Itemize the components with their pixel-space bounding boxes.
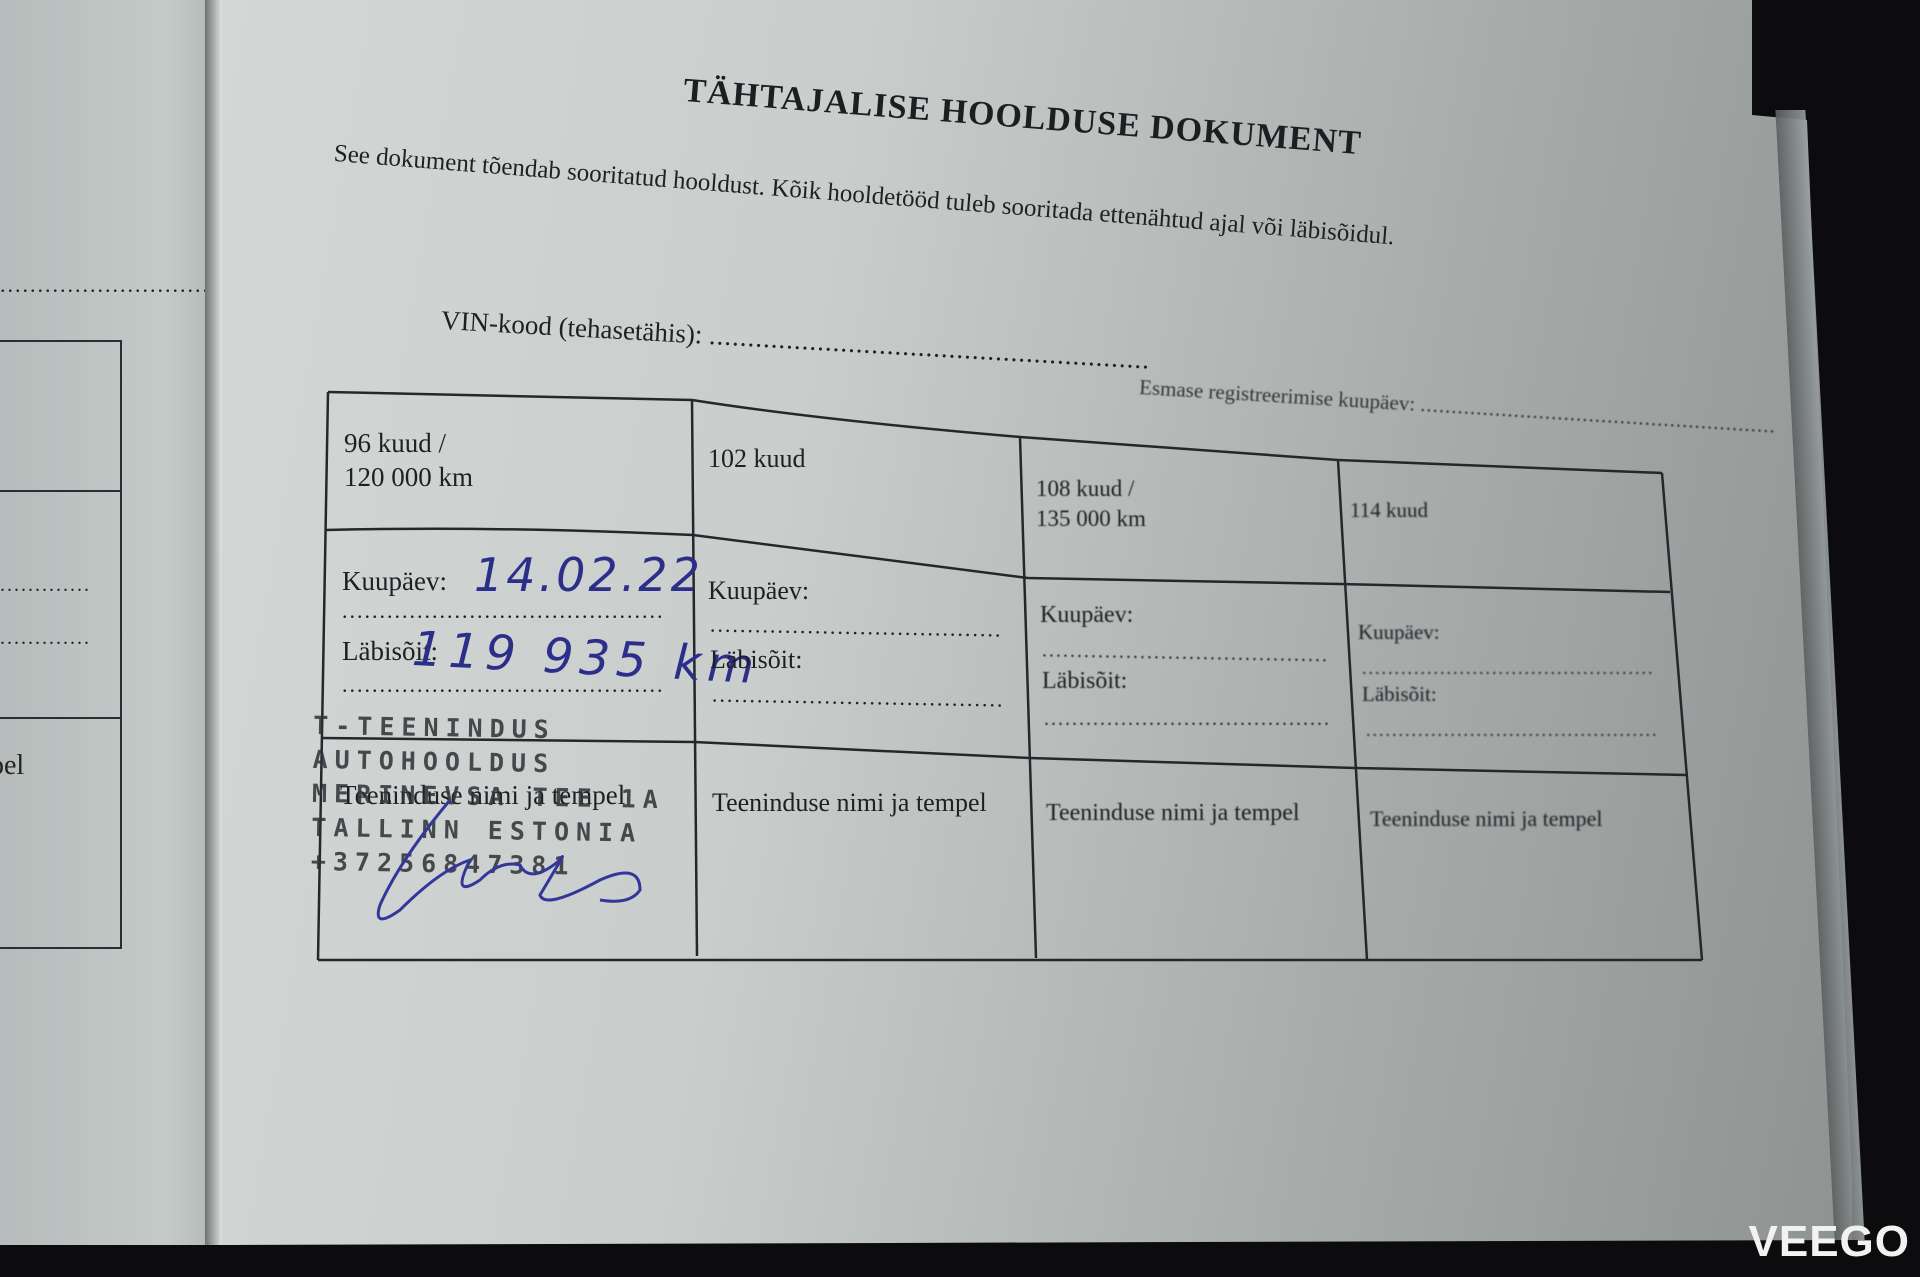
col1-date-handwritten: 14.02.22	[474, 548, 703, 602]
col3-interval: 108 kuud / 135 000 km	[1036, 474, 1146, 534]
col1-mileage-dotted-line: ........................................…	[342, 672, 662, 698]
col2-mileage-dotted-line: ........................................…	[712, 681, 1002, 712]
col2-interval: 102 kuud	[708, 444, 806, 474]
veego-watermark-logo: VEEGO	[1749, 1217, 1911, 1267]
col1-date-dotted-line: ........................................…	[342, 598, 662, 624]
col3-date-label: Kuupäev:	[1040, 602, 1133, 629]
col4-mileage-dotted-line: ........................................…	[1366, 720, 1656, 741]
col1-interval-line1: 96 kuud /	[344, 426, 473, 460]
left-page-dots-1: ........................................…	[0, 574, 90, 597]
col3-stamp-label: Teeninduse nimi ja tempel	[1046, 800, 1300, 827]
col3-mileage-dotted-line: ........................................…	[1044, 708, 1329, 731]
service-stamp: T-TEENINDUS AUTOHOOLDUS MERINEVSA TEE 1A…	[311, 709, 667, 885]
stamp-line: +37256847381	[311, 845, 664, 885]
col2-date-dotted-line: ........................................…	[710, 611, 1000, 642]
col1-date-label: Kuupäev:	[342, 566, 447, 597]
left-page-text-fragment: pel	[0, 750, 24, 782]
col4-date-label: Kuupäev:	[1358, 620, 1440, 645]
left-page: ........................................…	[0, 0, 240, 1245]
col3-interval-line1: 108 kuud /	[1036, 474, 1146, 504]
col4-stamp-label: Teeninduse nimi ja tempel	[1370, 806, 1602, 832]
left-page-table: ........................................…	[0, 340, 122, 949]
col3-interval-line2: 135 000 km	[1036, 504, 1146, 534]
col4-interval: 114 kuud	[1350, 498, 1428, 523]
col3-mileage-label: Läbisõit:	[1042, 668, 1127, 695]
col4-date-dotted-line: ........................................…	[1362, 658, 1652, 679]
col2-date-label: Kuupäev:	[708, 576, 809, 606]
left-page-dots-2: ........................................…	[0, 627, 90, 650]
col1-interval: 96 kuud / 120 000 km	[344, 426, 473, 494]
col1-interval-line2: 120 000 km	[344, 460, 473, 494]
col2-stamp-label: Teeninduse nimi ja tempel	[712, 788, 987, 818]
col2-mileage-label: Läbisõit:	[710, 645, 802, 675]
col4-mileage-label: Läbisõit:	[1362, 682, 1437, 707]
